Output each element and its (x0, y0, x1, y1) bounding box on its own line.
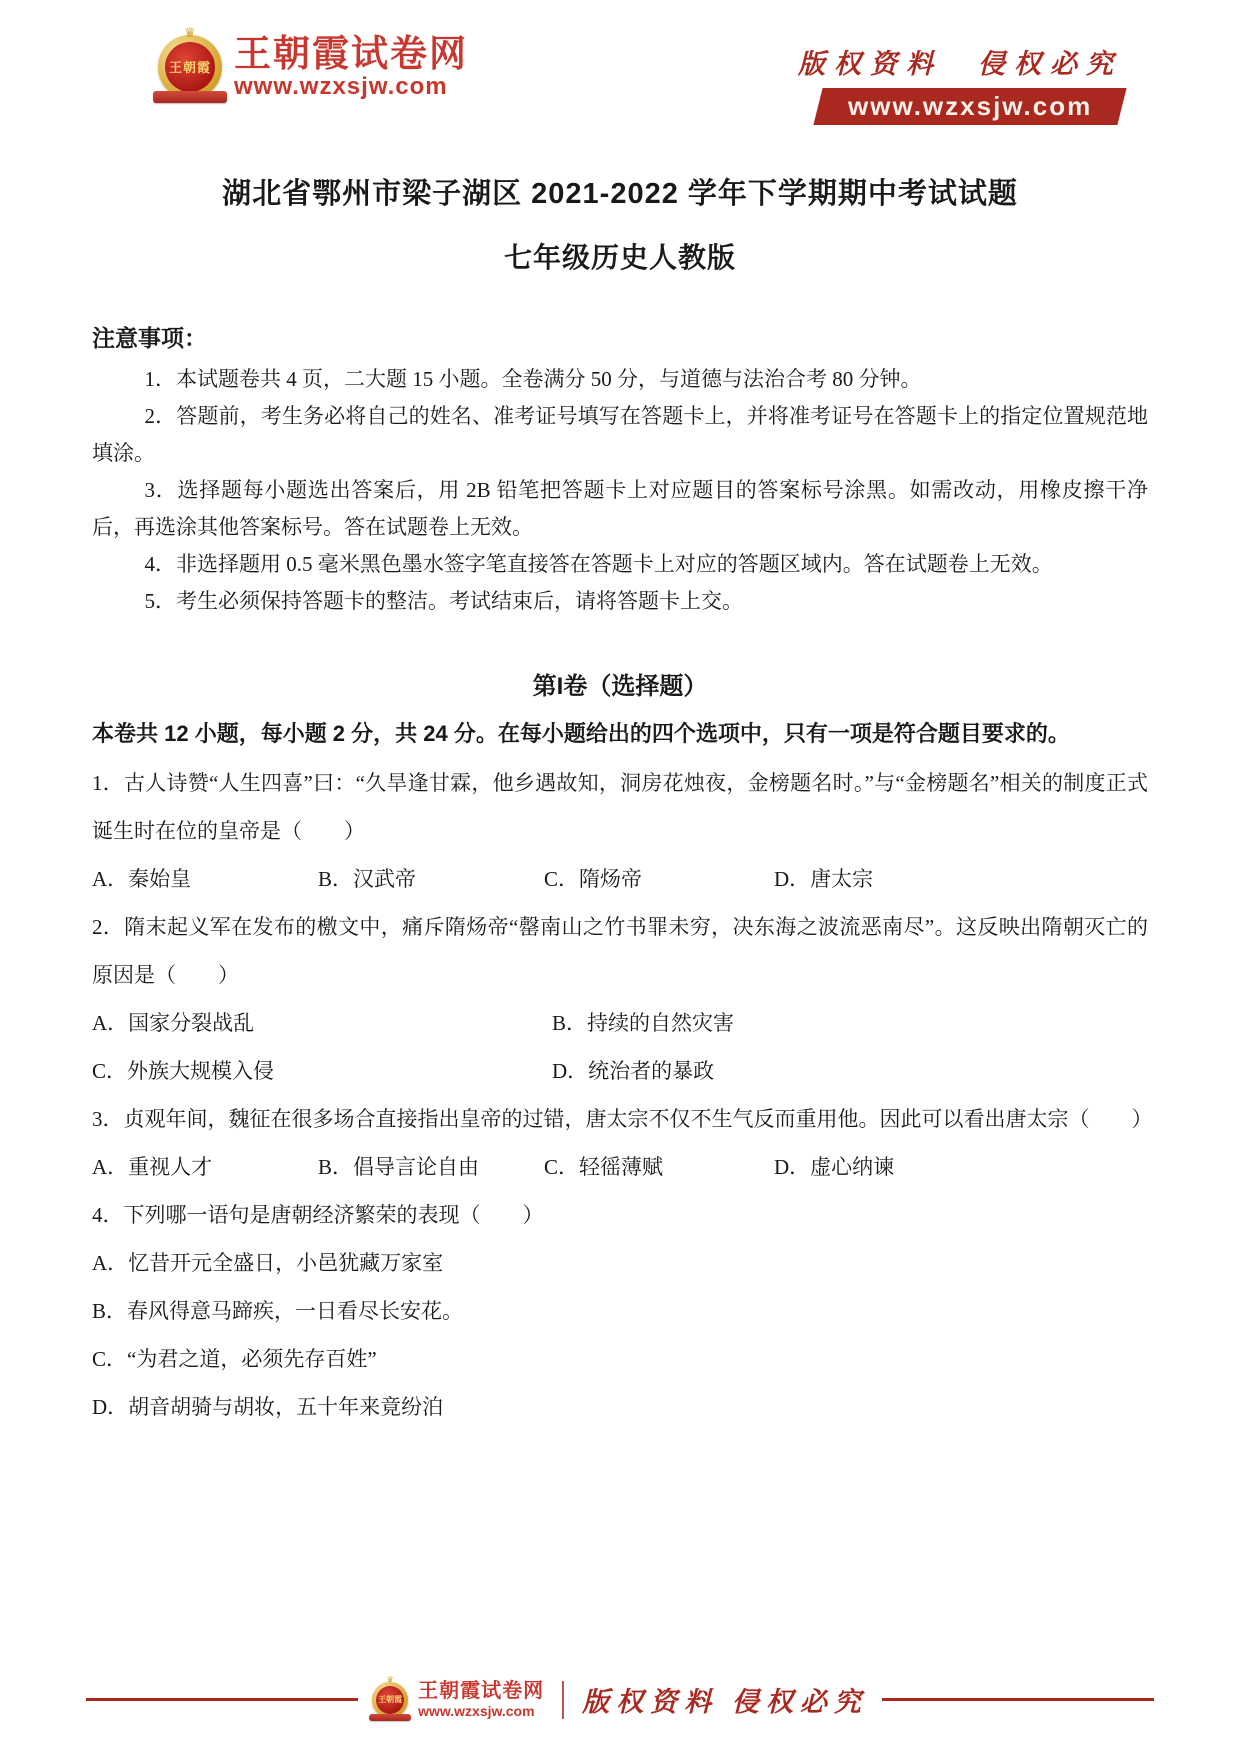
question-1-options: A．秦始皇 B．汉武帝 C．隋炀帝 D．唐太宗 (92, 855, 1148, 903)
footer-slogan: 版权资料 侵权必究 (582, 1680, 868, 1719)
question-2-text: 2．隋末起义军在发布的檄文中，痛斥隋炀帝“罄南山之竹书罪未穷，决东海之波流恶南尽… (92, 903, 1148, 999)
site-name: 王朝霞试卷网 (234, 34, 468, 74)
section-intro: 本卷共 12 小题，每小题 2 分，共 24 分。在每小题给出的四个选项中，只有… (92, 709, 1148, 759)
option-b: B．倡导言论自由 (318, 1143, 544, 1191)
section-title: 第I卷（选择题） (92, 666, 1148, 701)
footer-logo-text-block: 王朝霞试卷网 www.wzxsjw.com (418, 1680, 544, 1719)
site-logo: 王朝霞 王朝霞试卷网 www.wzxsjw.com (158, 34, 468, 100)
question-4-text: 4．下列哪一语句是唐朝经济繁荣的表现（ ） (92, 1191, 1148, 1239)
option-c: C．外族大规模入侵 (92, 1047, 552, 1095)
badge-core: 王朝霞 (376, 1686, 404, 1714)
ribbon-icon (369, 1714, 411, 1721)
notice-heading: 注意事项： (92, 320, 1148, 353)
option-d: D．唐太宗 (774, 855, 1148, 903)
option-d: D．虚心纳谏 (774, 1143, 1148, 1191)
option-a: A．国家分裂战乱 (92, 999, 552, 1047)
question-4-options: A．忆昔开元全盛日，小邑犹藏万家室 B．春风得意马蹄疾，一日看尽长安花。 C．“… (92, 1239, 1148, 1431)
question-3: 3．贞观年间，魏征在很多场合直接指出皇帝的过错，唐太宗不仅不生气反而重用他。因此… (92, 1095, 1148, 1191)
footer-logo-group: 王朝霞 王朝霞试卷网 www.wzxsjw.com 版权资料 侵权必究 (372, 1680, 868, 1719)
option-a: A．重视人才 (92, 1143, 318, 1191)
logo-text-block: 王朝霞试卷网 www.wzxsjw.com (234, 34, 468, 100)
option-b: B．春风得意马蹄疾，一日看尽长安花。 (92, 1287, 1148, 1335)
url-banner: www.wzxsjw.com (813, 88, 1126, 125)
option-b: B．汉武帝 (318, 855, 544, 903)
footer-logo-badge-icon: 王朝霞 (372, 1682, 408, 1718)
question-4: 4．下列哪一语句是唐朝经济繁荣的表现（ ） A．忆昔开元全盛日，小邑犹藏万家室 … (92, 1191, 1148, 1431)
question-2: 2．隋末起义军在发布的檄文中，痛斥隋炀帝“罄南山之竹书罪未穷，决东海之波流恶南尽… (92, 903, 1148, 1095)
page-header: 王朝霞 王朝霞试卷网 www.wzxsjw.com 版权资料 侵权必究 www.… (0, 0, 1240, 125)
footer-rule-left (86, 1698, 358, 1701)
site-url: www.wzxsjw.com (234, 74, 468, 100)
notice-item-2: 2．答题前，考生务必将自己的姓名、准考证号填写在答题卡上，并将准考证号在答题卡上… (92, 398, 1148, 472)
question-3-options: A．重视人才 B．倡导言论自由 C．轻徭薄赋 D．虚心纳谏 (92, 1143, 1148, 1191)
question-3-text: 3．贞观年间，魏征在很多场合直接指出皇帝的过错，唐太宗不仅不生气反而重用他。因此… (92, 1095, 1148, 1143)
banner-url: www.wzxsjw.com (848, 91, 1092, 122)
badge-text: 王朝霞 (169, 57, 211, 76)
footer-rule-right (882, 1698, 1154, 1701)
option-c: C．“为君之道，必须先存百姓” (92, 1335, 1148, 1383)
page-title: 湖北省鄂州市梁子湖区 2021-2022 学年下学期期中考试试题 (0, 171, 1240, 212)
exam-body: 注意事项： 1．本试题卷共 4 页，二大题 15 小题。全卷满分 50 分，与道… (0, 320, 1240, 1431)
crown-icon (387, 1676, 394, 1684)
page-footer: 王朝霞 王朝霞试卷网 www.wzxsjw.com 版权资料 侵权必究 (0, 1680, 1240, 1719)
notice-item-3: 3．选择题每小题选出答案后，用 2B 铅笔把答题卡上对应题目的答案标号涂黑。如需… (92, 472, 1148, 546)
option-c: C．隋炀帝 (544, 855, 774, 903)
option-a: A．秦始皇 (92, 855, 318, 903)
notice-item-1: 1．本试题卷共 4 页，二大题 15 小题。全卷满分 50 分，与道德与法治合考… (92, 361, 1148, 398)
footer-site-name: 王朝霞试卷网 (418, 1680, 544, 1703)
notice-section: 注意事项： 1．本试题卷共 4 页，二大题 15 小题。全卷满分 50 分，与道… (92, 320, 1148, 620)
page-subtitle: 七年级历史人教版 (0, 236, 1240, 276)
badge-core: 王朝霞 (165, 42, 215, 92)
footer-site-url: www.wzxsjw.com (418, 1703, 544, 1719)
question-1: 1．古人诗赞“人生四喜”曰：“久旱逢甘霖，他乡遇故知，洞房花烛夜，金榜题名时。”… (92, 759, 1148, 903)
header-copyright-block: 版权资料 侵权必究 www.wzxsjw.com (798, 34, 1122, 125)
crown-icon (184, 26, 196, 39)
option-c: C．轻徭薄赋 (544, 1143, 774, 1191)
question-1-text: 1．古人诗赞“人生四喜”曰：“久旱逢甘霖，他乡遇故知，洞房花烛夜，金榜题名时。”… (92, 759, 1148, 855)
option-a: A．忆昔开元全盛日，小邑犹藏万家室 (92, 1239, 1148, 1287)
wzxsjw-logo-badge-icon: 王朝霞 (158, 35, 222, 99)
option-d: D．胡音胡骑与胡妆，五十年来竟纷泊 (92, 1383, 1148, 1431)
copyright-slogan: 版权资料 侵权必究 (798, 42, 1122, 81)
notice-item-4: 4．非选择题用 0.5 毫米黑色墨水签字笔直接答在答题卡上对应的答题区域内。答在… (92, 546, 1148, 583)
option-d: D．统治者的暴政 (552, 1047, 1148, 1095)
footer-divider (562, 1681, 564, 1719)
ribbon-icon (153, 91, 227, 103)
notice-item-5: 5．考生必须保持答题卡的整洁。考试结束后，请将答题卡上交。 (92, 583, 1148, 620)
badge-text: 王朝霞 (378, 1694, 402, 1705)
option-b: B．持续的自然灾害 (552, 999, 1148, 1047)
question-2-options: A．国家分裂战乱 B．持续的自然灾害 C．外族大规模入侵 D．统治者的暴政 (92, 999, 1148, 1095)
